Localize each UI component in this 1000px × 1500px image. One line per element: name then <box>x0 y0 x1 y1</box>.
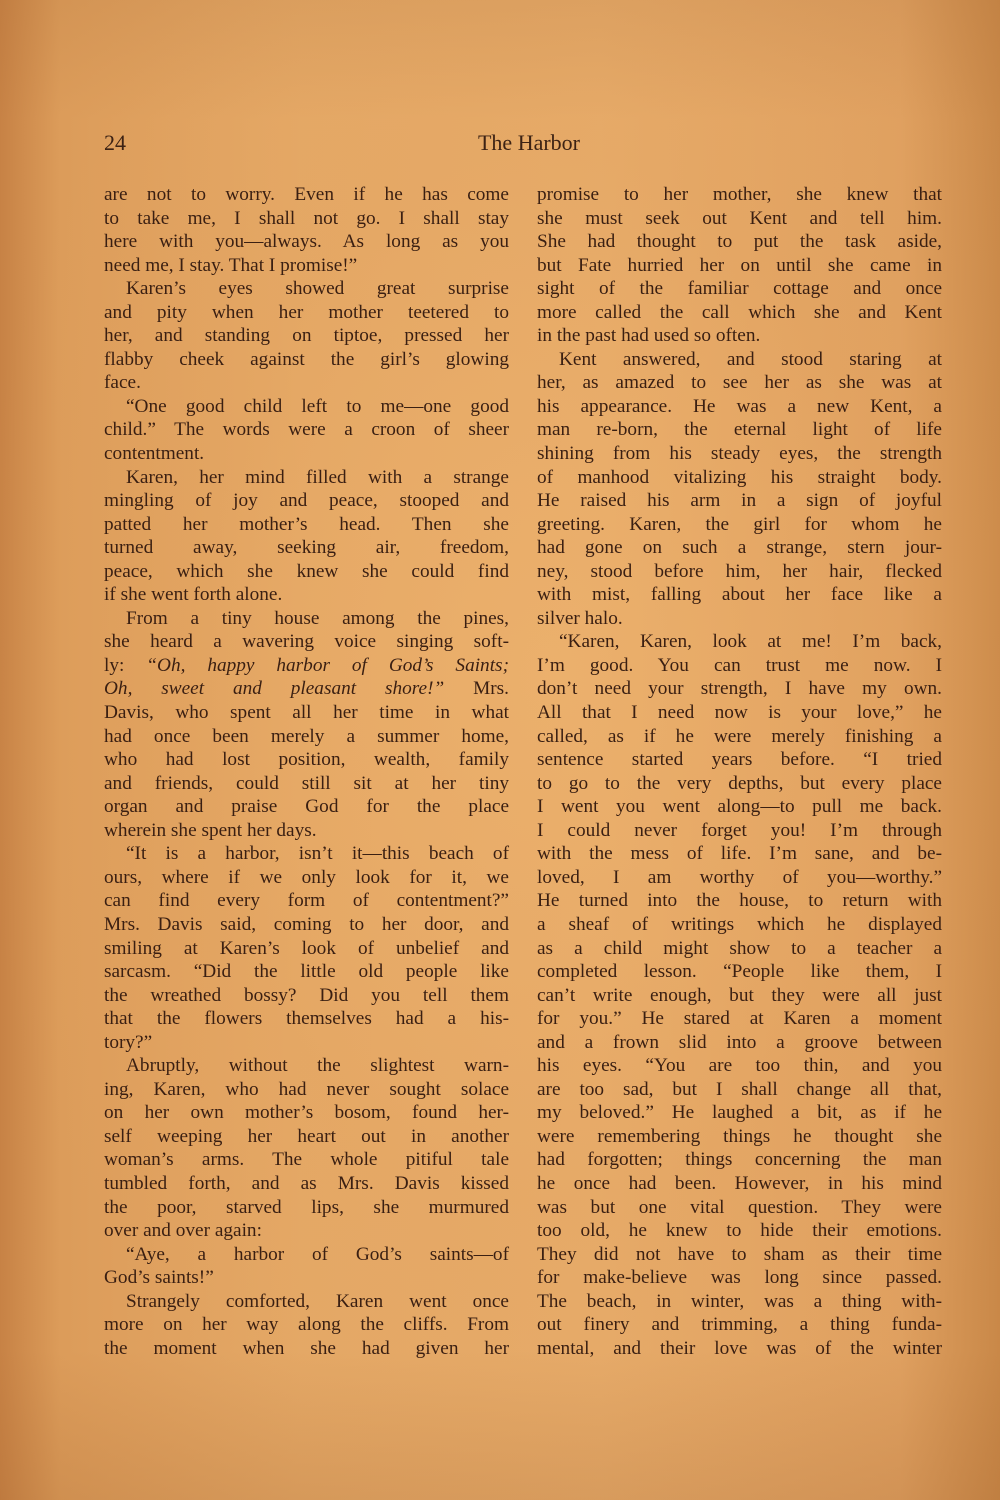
text-line: I went you went along—to pull me back. <box>537 795 942 819</box>
text-line: and a frown slid into a groove between <box>537 1031 942 1055</box>
text-line: tory?” <box>104 1031 509 1055</box>
text-line: tumbled forth, and as Mrs. Davis kissed <box>104 1172 509 1196</box>
text-line: shining from his steady eyes, the streng… <box>537 442 942 466</box>
text-line: Kent answered, and stood staring at <box>537 348 942 372</box>
text-line: contentment. <box>104 442 509 466</box>
text-line: “One good child left to me—one good <box>104 395 509 419</box>
text-line: Karen’s eyes showed great surprise <box>104 277 509 301</box>
text-line: her, and standing on tiptoe, pressed her <box>104 324 509 348</box>
text-line: wherein she spent her days. <box>104 819 509 843</box>
text-line: but Fate hurried her on until she came i… <box>537 254 942 278</box>
text-line: loved, I am worthy of you—worthy.” <box>537 866 942 890</box>
text-line: she must seek out Kent and tell him. <box>537 207 942 231</box>
book-page: 24 The Harbor are not to worry. Even if … <box>0 0 1000 1500</box>
text-line: “It is a harbor, isn’t it—this beach of <box>104 842 509 866</box>
text-line: He turned into the house, to return with <box>537 889 942 913</box>
text-line: sentence started years before. “I tried <box>537 748 942 772</box>
text-line: were remembering things he thought she <box>537 1125 942 1149</box>
text-line: can’t write enough, but they were all ju… <box>537 984 942 1008</box>
text-line: are not to worry. Even if he has come <box>104 183 509 207</box>
text-line: as a child might show to a teacher a <box>537 937 942 961</box>
text-line: the wreathed bossy? Did you tell them <box>104 984 509 1008</box>
text-line: child.” The words were a croon of sheer <box>104 418 509 442</box>
text-line: patted her mother’s head. Then she <box>104 513 509 537</box>
text-column-left: are not to worry. Even if he has cometo … <box>104 183 509 1360</box>
running-title: The Harbor <box>104 130 914 156</box>
text-line: his appearance. He was a new Kent, a <box>537 395 942 419</box>
text-line: They did not have to sham as their time <box>537 1243 942 1267</box>
text-line: She had thought to put the task aside, <box>537 230 942 254</box>
text-line: I’m good. You can trust me now. I <box>537 654 942 678</box>
text-line: silver halo. <box>537 607 942 631</box>
text-line: to go to the very depths, but every plac… <box>537 772 942 796</box>
text-line: promise to her mother, she knew that <box>537 183 942 207</box>
text-line: Abruptly, without the slightest warn- <box>104 1054 509 1078</box>
text-line: here with you—always. As long as you <box>104 230 509 254</box>
text-line: in the past had used so often. <box>537 324 942 348</box>
text-line: need me, I stay. That I promise!” <box>104 254 509 278</box>
text-line: out finery and trimming, a thing funda- <box>537 1313 942 1337</box>
text-line: ly: “Oh, happy harbor of God’s Saints; <box>104 654 509 678</box>
text-line: Davis, who spent all her time in what <box>104 701 509 725</box>
text-line: Mrs. Davis said, coming to her door, and <box>104 913 509 937</box>
text-line: if she went forth alone. <box>104 583 509 607</box>
text-line: organ and praise God for the place <box>104 795 509 819</box>
text-line: ney, stood before him, her hair, flecked <box>537 560 942 584</box>
text-line: and pity when her mother teetered to <box>104 301 509 325</box>
text-line: for make-believe was long since passed. <box>537 1266 942 1290</box>
text-line: his eyes. “You are too thin, and you <box>537 1054 942 1078</box>
text-line: peace, which she knew she could find <box>104 560 509 584</box>
text-line: too old, he knew to hide their emotions. <box>537 1219 942 1243</box>
text-line: From a tiny house among the pines, <box>104 607 509 631</box>
text-column-right: promise to her mother, she knew thatshe … <box>537 183 942 1360</box>
text-line: of manhood vitalizing his straight body. <box>537 466 942 490</box>
text-line: Oh, sweet and pleasant shore!” Mrs. <box>104 677 509 701</box>
text-line: ours, where if we only look for it, we <box>104 866 509 890</box>
text-line: self weeping her heart out in another <box>104 1125 509 1149</box>
text-line: face. <box>104 371 509 395</box>
text-line: smiling at Karen’s look of unbelief and <box>104 937 509 961</box>
text-line: man re-born, the eternal light of life <box>537 418 942 442</box>
text-line: mental, and their love was of the winter <box>537 1337 942 1361</box>
text-line: she heard a wavering voice singing soft- <box>104 630 509 654</box>
text-line: the poor, starved lips, she murmured <box>104 1196 509 1220</box>
text-line: he once had been. However, in his mind <box>537 1172 942 1196</box>
text-line: for you.” He stared at Karen a moment <box>537 1007 942 1031</box>
text-line: ing, Karen, who had never sought solace <box>104 1078 509 1102</box>
text-line: don’t need your strength, I have my own. <box>537 677 942 701</box>
text-line: to take me, I shall not go. I shall stay <box>104 207 509 231</box>
text-line: my beloved.” He laughed a bit, as if he <box>537 1101 942 1125</box>
text-line: that the flowers themselves had a his- <box>104 1007 509 1031</box>
text-line: completed lesson. “People like them, I <box>537 960 942 984</box>
text-line: Karen, her mind filled with a strange <box>104 466 509 490</box>
text-line: the moment when she had given her <box>104 1337 509 1361</box>
text-line: was but one vital question. They were <box>537 1196 942 1220</box>
text-line: can find every form of contentment?” <box>104 889 509 913</box>
text-line: Strangely comforted, Karen went once <box>104 1290 509 1314</box>
text-line: with the mess of life. I’m sane, and be- <box>537 842 942 866</box>
text-line: greeting. Karen, the girl for whom he <box>537 513 942 537</box>
text-line: more called the call which she and Kent <box>537 301 942 325</box>
text-line: had gone on such a strange, stern jour- <box>537 536 942 560</box>
text-line: God’s saints!” <box>104 1266 509 1290</box>
text-line: All that I need now is your love,” he <box>537 701 942 725</box>
text-line: “Aye, a harbor of God’s saints—of <box>104 1243 509 1267</box>
text-line: mingling of joy and peace, stooped and <box>104 489 509 513</box>
text-line: He raised his arm in a sign of joyful <box>537 489 942 513</box>
text-line: turned away, seeking air, freedom, <box>104 536 509 560</box>
text-line: “Karen, Karen, look at me! I’m back, <box>537 630 942 654</box>
text-line: her, as amazed to see her as she was at <box>537 371 942 395</box>
text-line: are too sad, but I shall change all that… <box>537 1078 942 1102</box>
text-line: called, as if he were merely finishing a <box>537 725 942 749</box>
text-line: woman’s arms. The whole pitiful tale <box>104 1148 509 1172</box>
text-line: flabby cheek against the girl’s glowing <box>104 348 509 372</box>
text-line: with mist, falling about her face like a <box>537 583 942 607</box>
text-line: had once been merely a summer home, <box>104 725 509 749</box>
text-line: who had lost position, wealth, family <box>104 748 509 772</box>
text-line: on her own mother’s bosom, found her- <box>104 1101 509 1125</box>
text-line: more on her way along the cliffs. From <box>104 1313 509 1337</box>
text-line: a sheaf of writings which he displayed <box>537 913 942 937</box>
text-line: sarcasm. “Did the little old people like <box>104 960 509 984</box>
page-header: 24 The Harbor <box>104 130 914 164</box>
text-line: and friends, could still sit at her tiny <box>104 772 509 796</box>
text-line: The beach, in winter, was a thing with- <box>537 1290 942 1314</box>
text-line: over and over again: <box>104 1219 509 1243</box>
text-line: sight of the familiar cottage and once <box>537 277 942 301</box>
text-line: I could never forget you! I’m through <box>537 819 942 843</box>
text-line: had forgotten; things concerning the man <box>537 1148 942 1172</box>
